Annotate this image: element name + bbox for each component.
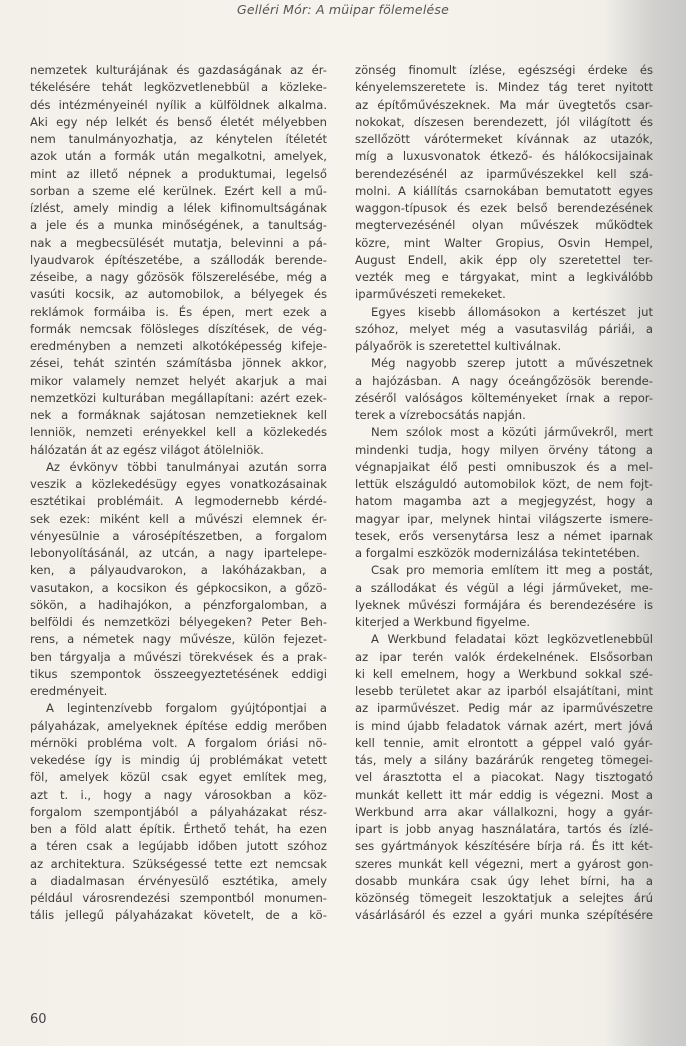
text-line: terek a vízrebocsátás napján. [355,407,653,424]
text-line: eredményeit. [30,683,327,700]
text-line: föl, amelyek közül csak egyet említek me… [30,769,327,786]
text-line: mikor valamely nemzet helyét akarjuk a m… [30,373,327,390]
page-number: 60 [30,1012,47,1027]
text-line: a hajózásban. A nagy óceángőzösök berend… [355,373,653,390]
text-line: waggon-típusok és ezek belső berendezésé… [355,200,653,217]
running-header: Gelléri Mór: A müipar fölemelése [0,2,686,17]
left-column: nemzetek kulturájának és gazdaságának az… [30,62,327,925]
text-line: tás, mely a silány bazárárúk rengeteg tö… [355,752,653,769]
text-line: dosabb munkára csak úgy lehet bírni, ha … [355,873,653,890]
text-line: ken, a pályaudvarokon, a lakóházakban, a [30,562,327,579]
text-line: rens, a németek nagy művésze, külön feje… [30,631,327,648]
text-line: sorban a szeme elé kerülnek. Ezért kell … [30,183,327,200]
text-line: a szállodákat és végül a légi járműveket… [355,580,653,597]
text-line: közre, mint Walter Gropius, Osvin Hempel… [355,235,653,252]
text-line: molni. A kiállítás csarnokában bemutatot… [355,183,653,200]
text-line: az iparművészet. Pedig már az iparművész… [355,700,653,717]
text-line: mérnöki probléma volt. A forgalom óriási… [30,735,327,752]
text-line: vásárlásáról és ezzel a gyári munka szép… [355,907,653,924]
text-line: mint az illető népnek a produktumai, leg… [30,166,327,183]
text-line: Egyes kisebb állomásokon a kertészet jut [355,304,653,321]
text-line: hatom magamba azt a megjegyzést, hogy a [355,493,653,510]
text-line: hálózatán át az egész világot átölelniök… [30,442,327,459]
text-line: míg a luxusvonatok étkező- és hálókocsij… [355,148,653,165]
text-line: vasúti kocsik, az automobilok, a bélyege… [30,286,327,303]
text-line: azt t. i., hogy a nagy városokban a köz- [30,787,327,804]
text-line: az architektura. Szükségessé tette ezt n… [30,856,327,873]
text-line: végnapjaikat élő pesti omnibuszok és a m… [355,459,653,476]
text-line: zönség finomult ízlése, egészségi érdeke… [355,62,653,79]
text-line: Nem szólok most a közúti járművekről, me… [355,424,653,441]
text-line: nak a megbecsülését mutatja, belevinni a… [30,235,327,252]
text-line: forgalom szempontjából a pályaházakat ré… [30,804,327,821]
text-line: nem tanulmányozhatja, az kénytelen ítéle… [30,131,327,148]
text-line: ki kell emelnem, hogy a Werkbund sokkal … [355,666,653,683]
text-line: munkát kellett itt már eddig is végezni.… [355,787,653,804]
text-line: tikus szempontok összeegyeztetésének edd… [30,666,327,683]
text-line: formák nemcsak fölösleges díszítések, de… [30,321,327,338]
text-line: mindenki tudja, hogy milyen örvény táton… [355,442,653,459]
text-line: zéséről valóságos költeményeket írnak a … [355,390,653,407]
text-line: Az évkönyv többi tanulmányai azután sorr… [30,459,327,476]
text-line: lebonyolításánál, az utcán, a nagy ipart… [30,545,327,562]
text-line: vel árasztotta el a piacokat. Nagy tiszt… [355,769,653,786]
text-line: vényesülnie a városépítészetben, a forga… [30,528,327,545]
text-line: kell tennie, amit elrontott a géppel val… [355,735,653,752]
text-line: reklámok formáiba is. És épen, mert ezek… [30,304,327,321]
text-line: pályaőrök is szeretettel kultiválnak. [355,338,653,355]
text-line: a jele és a munka minőségének, a tanults… [30,217,327,234]
text-line: nemzetek kulturájának és gazdaságának az… [30,62,327,79]
text-line: nek a formáknak sajátosan nemzetieknek k… [30,407,327,424]
text-line: veszik a közlekedésügy egyes vonatkozása… [30,476,327,493]
text-line: A legintenzívebb forgalom gyújtópontjai … [30,700,327,717]
text-line: sek ezek: miként kell a művészi elemnek … [30,511,327,528]
text-line: ízlést, amely mindig a lélek kifinomults… [30,200,327,217]
text-line: ses gyártmányok készítésére bírja rá. És… [355,838,653,855]
text-line: tesek, erős versenytársa lesz a német ip… [355,528,653,545]
text-line: vasutakon, a kocsikon és gépkocsikon, a … [30,580,327,597]
text-line: a téren csak a legújabb időben jutott sz… [30,838,327,855]
book-page: Gelléri Mór: A müipar fölemelése nemzete… [0,0,686,1046]
text-line: nemzetközi kulturában megállapítani: azé… [30,390,327,407]
text-line: a forgalmi eszközök modernizálása tekint… [355,545,653,562]
right-column: zönség finomult ízlése, egészségi érdeke… [355,62,653,925]
text-line: belföldi és nemzetközi bélyegeken? Peter… [30,614,327,631]
text-line: zéseibe, a nagy gőzösök fölszerelésébe, … [30,269,327,286]
text-line: például városrendezési szempontból monum… [30,890,327,907]
text-line: zései, tehát szintén számításba jönnek a… [30,355,327,372]
text-line: A Werkbund feladatai közt legközvetleneb… [355,631,653,648]
text-line: lyeknek művészi formájára és berendezésé… [355,597,653,614]
text-line: tékelésére tehát legközvetlenebbül a köz… [30,79,327,96]
text-line: lettük elszáguldó automobilok közt, de n… [355,476,653,493]
text-line: szellőzött várótermeket kívánnak az utaz… [355,131,653,148]
text-line: berendezésénél az iparművészekkel kell s… [355,166,653,183]
text-line: Aki egy nép lelkét és benső életét mélye… [30,114,327,131]
text-line: szeres munkát kell végezni, mert a gyáro… [355,856,653,873]
text-line: ipart is jobb anyag használatára, tartós… [355,821,653,838]
text-line: megtervezésénél olyan művészek működtek [355,217,653,234]
text-line: dés intézményeinél nyílik a külföldnek a… [30,97,327,114]
text-line: is mind újabb feladatok várnak azért, me… [355,718,653,735]
text-line: közönség tömegeit leszoktatjuk a selejte… [355,890,653,907]
text-line: ben a föld alatt építik. Érthető tehát, … [30,821,327,838]
text-line: eredményben a nemzeti alkotóképesség kif… [30,338,327,355]
text-line: vekedése így is mindig új problémákat ve… [30,752,327,769]
text-line: iparművészeti remekeket. [355,286,653,303]
text-line: lyaudvarok építészetébe, a szállodák ber… [30,252,327,269]
text-line: a diadalmasan érvényesülő esztétika, ame… [30,873,327,890]
text-line: vezték meg e tárgyakat, mint a legkiváló… [355,269,653,286]
text-line: pályaházak, amelyeknek építése eddig mer… [30,718,327,735]
text-line: szóhoz, melyet még a vasutasvilág páriái… [355,321,653,338]
text-line: Werkbund arra akar vállalkozni, hogy a g… [355,804,653,821]
text-line: magyar ipar, melynek hintai világszerte … [355,511,653,528]
text-line: azok után a formák után megalkotni, amel… [30,148,327,165]
text-line: kiterjed a Werkbund figyelme. [355,614,653,631]
text-line: August Endell, akik épp oly szeretettel … [355,252,653,269]
text-line: lesebb területet akar az iparból elsaját… [355,683,653,700]
text-line: nokokat, díszesen berendezett, jól világ… [355,114,653,131]
text-line: az építőművészeknek. Ma már üvegtetős cs… [355,97,653,114]
text-line: esztétikai problémáit. A legmodernebb ké… [30,493,327,510]
text-line: Csak pro memoria említem itt meg a postá… [355,562,653,579]
text-line: ben tárgyalja a művészi törekvések és a … [30,649,327,666]
text-line: Még nagyobb szerep jutott a művészetnek [355,355,653,372]
text-line: sökön, a hadihajókon, a pénzforgalomban,… [30,597,327,614]
text-line: tális jellegű pályaházakat követelt, de … [30,907,327,924]
text-line: az ipar terén valók érdekelnének. Elsőso… [355,649,653,666]
text-line: kényelemszeretete is. Mindez tág teret n… [355,79,653,96]
text-line: lenniök, nemzeti erényekkel kell a közle… [30,424,327,441]
